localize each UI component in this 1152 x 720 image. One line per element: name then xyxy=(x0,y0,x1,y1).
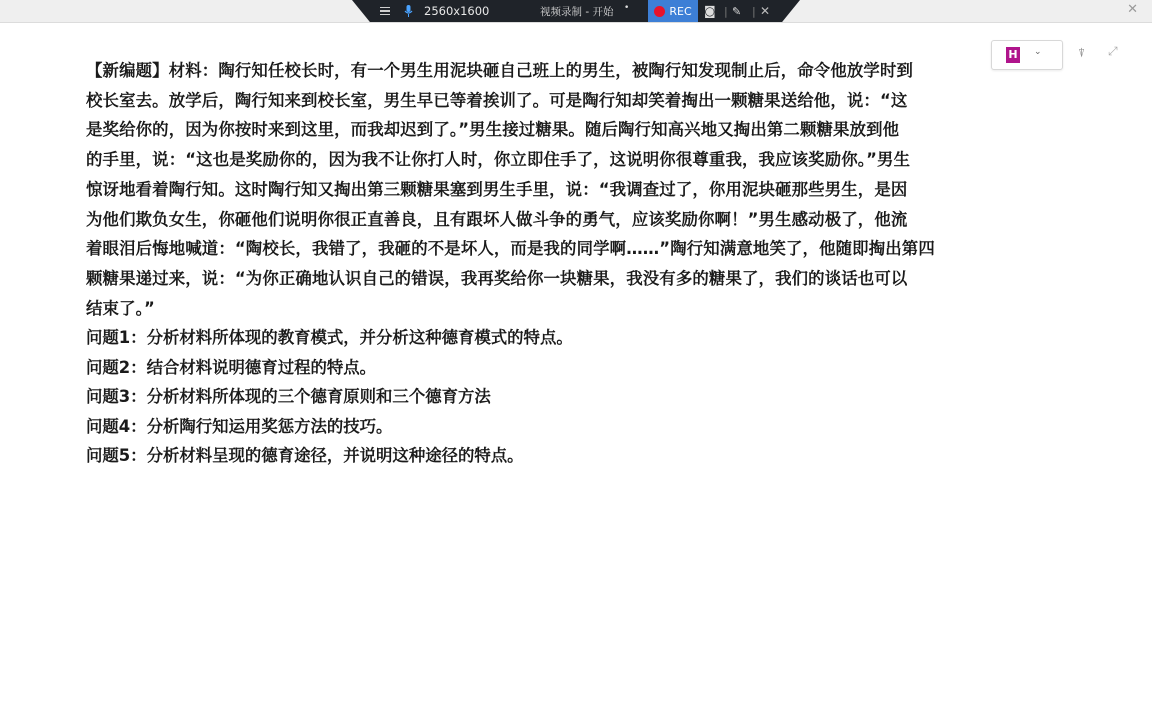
rec-label: REC xyxy=(669,5,691,18)
close-icon[interactable]: ✕ xyxy=(760,0,770,22)
pen-icon[interactable]: ✎ xyxy=(732,0,741,22)
material-line: 结束了。” xyxy=(86,294,966,324)
menu-icon[interactable] xyxy=(380,0,390,22)
recorder-title: 视频录制 - 开始 xyxy=(540,0,613,22)
resolution-label: 2560x1600 xyxy=(424,0,489,22)
question-1: 问题1：分析材料所体现的教育模式，并分析这种德育模式的特点。 xyxy=(86,323,966,353)
chevron-down-icon: ⌄ xyxy=(1034,47,1042,57)
rec-button[interactable]: REC xyxy=(648,0,698,22)
status-indicator: • xyxy=(624,0,629,19)
toolbar-divider: | xyxy=(752,0,756,22)
material-line: 为他们欺负女生，你砸他们说明你很正直善良，且有跟坏人做斗争的勇气，应该奖励你啊！… xyxy=(86,205,966,235)
toolbar-divider: | xyxy=(724,0,728,22)
question-4: 问题4：分析陶行知运用奖惩方法的技巧。 xyxy=(86,412,966,442)
material-line: 惊讶地看着陶行知。这时陶行知又掏出第三颗糖果塞到男生手里，说：“我调查过了，你用… xyxy=(86,175,966,205)
material-line: 着眼泪后悔地喊道：“陶校长，我错了，我砸的不是坏人，而是我的同学啊……”陶行知满… xyxy=(86,234,966,264)
material-paragraph: 【新编题】材料：陶行知任校长时，有一个男生用泥块砸自己班上的男生，被陶行知发现制… xyxy=(86,56,966,323)
material-line: 是奖给你的，因为你按时来到这里，而我却迟到了。”男生接过糖果。随后陶行知高兴地又… xyxy=(86,115,966,145)
camera-icon[interactable]: ◙ xyxy=(704,0,716,22)
format-dropdown[interactable]: H ⌄ xyxy=(991,40,1063,70)
question-3: 问题3：分析材料所体现的三个德育原则和三个德育方法 xyxy=(86,382,966,412)
material-line: 颗糖果递过来，说：“为你正确地认识自己的错误，我再奖给你一块糖果，我没有多的糖果… xyxy=(86,264,966,294)
screen-recorder-toolbar: 2560x1600 视频录制 - 开始 • REC ◙ | ✎ | ✕ xyxy=(352,0,800,22)
question-2: 问题2：结合材料说明德育过程的特点。 xyxy=(86,353,966,383)
material-line: 【新编题】材料：陶行知任校长时，有一个男生用泥块砸自己班上的男生，被陶行知发现制… xyxy=(86,56,966,86)
material-line: 校长室去。放学后，陶行知来到校长室，男生早已等着挨训了。可是陶行知却笑着掏出一颗… xyxy=(86,86,966,116)
material-line: 的手里，说：“这也是奖励你的，因为我不让你打人时，你立即住手了，这说明你很尊重我… xyxy=(86,145,966,175)
microphone-icon[interactable] xyxy=(404,0,413,22)
window-close-icon[interactable]: ✕ xyxy=(1127,2,1138,17)
question-5: 问题5：分析材料呈现的德育途径，并说明这种途径的特点。 xyxy=(86,441,966,471)
document-body: 【新编题】材料：陶行知任校长时，有一个男生用泥块砸自己班上的男生，被陶行知发现制… xyxy=(86,56,966,471)
format-icon: H xyxy=(1006,47,1020,63)
question-list: 问题1：分析材料所体现的教育模式，并分析这种德育模式的特点。 问题2：结合材料说… xyxy=(86,323,966,471)
record-dot-icon xyxy=(654,6,665,17)
expand-icon[interactable]: ⤢ xyxy=(1108,44,1118,59)
pin-icon[interactable]: ⍒ xyxy=(1078,46,1085,61)
